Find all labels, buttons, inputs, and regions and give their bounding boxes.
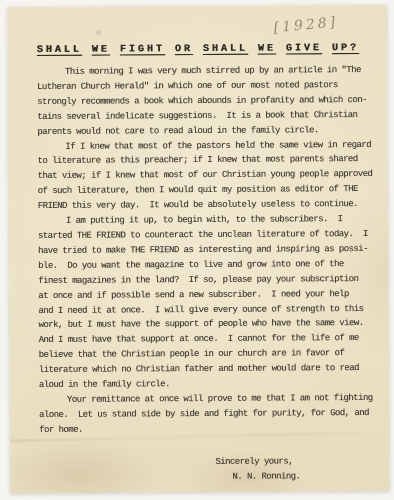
title-word: WE <box>258 44 276 55</box>
title-word: GIVE <box>286 43 322 54</box>
body-line: alone. Let us stand side by side and fig… <box>39 406 383 423</box>
title-word: UP? <box>332 43 359 54</box>
body-line: finest magazines in the land? If so, ple… <box>38 272 382 289</box>
body-line: at once and if possible send a new subsc… <box>38 286 382 303</box>
title-word: WE <box>92 45 110 56</box>
handwritten-date-note: [1928] <box>273 14 339 36</box>
body-line: literature which no Christian father and… <box>39 361 383 378</box>
body-line: ble. Do you want the magazine to live an… <box>38 257 382 274</box>
body-line: tains several indelicate suggestions. It… <box>37 108 381 125</box>
closing-block: Sincerely yours, N. N. Ronning. <box>39 454 383 486</box>
paragraph: I am putting it up, to begin with, to th… <box>38 212 383 393</box>
title-word: SHALL <box>37 45 82 56</box>
letter-title: SHALL WE FIGHT OR SHALL WE GIVE UP? <box>37 43 387 56</box>
title-word: FIGHT <box>120 44 165 55</box>
scanned-letter-view: [1928] SHALL WE FIGHT OR SHALL WE GIVE U… <box>0 0 394 500</box>
letter-body: This morning I was very much stirred up … <box>37 63 384 486</box>
body-line: strongly recommends a book which abounds… <box>37 93 381 110</box>
paragraph: This morning I was very much stirred up … <box>37 63 381 140</box>
paragraph: If I knew that most of the pastors held … <box>37 137 381 214</box>
paragraph: Your remittance at once will prove to me… <box>39 391 383 438</box>
letter-page: [1928] SHALL WE FIGHT OR SHALL WE GIVE U… <box>8 5 390 493</box>
signature: N. N. Ronning. <box>39 468 383 485</box>
title-word: SHALL <box>203 44 248 55</box>
ink-smudge <box>96 31 102 35</box>
title-word: OR <box>175 44 193 55</box>
